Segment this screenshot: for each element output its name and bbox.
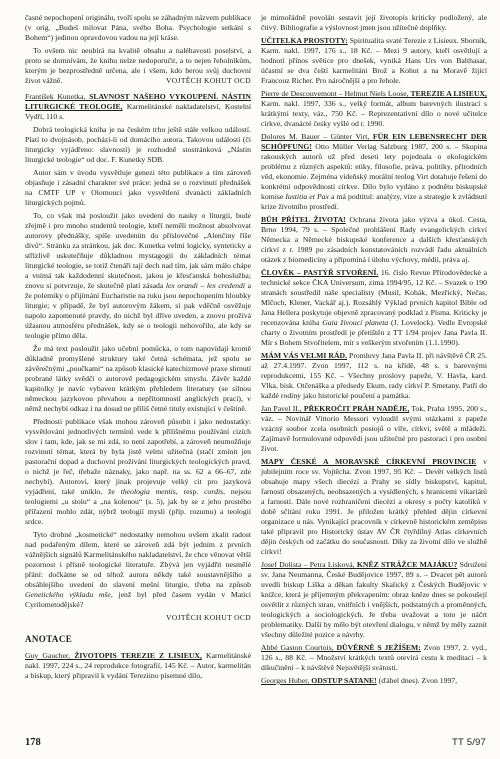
text-run: ŽIVOTOPIS TEREZIE Z LISIEUX, xyxy=(74,651,202,660)
paragraph: Dolores M. Bauer – Günter Virt, FÜR EIN … xyxy=(261,132,487,212)
text-run: UČITELKA PROSTOTY: xyxy=(261,36,348,45)
text-run: lex orandi – lex credendi xyxy=(166,281,245,290)
text-run: KNĚZ STRÁŽCE MAJÁKU? xyxy=(357,560,457,569)
paragraph: Že má text posloužit jako učební pomůcka… xyxy=(25,344,251,414)
text-run: VOJTĚCH KOHUT OCD xyxy=(166,76,251,85)
text-run: Jan Pavel II., xyxy=(261,404,304,413)
paragraph: Guy Gaucher, ŽIVOTOPIS TEREZIE Z LISIEUX… xyxy=(25,651,251,681)
text-run: cordis xyxy=(204,487,223,496)
paragraph: MAPY ČESKÉ A MORAVSKÉ CÍRKEVNÍ PROVINCIE… xyxy=(261,457,487,557)
paragraph: MÁM VÁS VELMI RÁD. Promluvy Jana Pavla I… xyxy=(261,351,487,401)
paragraph: Georges Huber, ODSTUP SATANE! (ďábel dne… xyxy=(261,676,487,686)
text-run: Karm. nakl. 1997, 336 s., velký formát, … xyxy=(261,99,487,128)
text-run: je mimořádně povolán sestavit její život… xyxy=(261,13,487,32)
right-column: je mimořádně povolán sestavit její život… xyxy=(261,13,487,689)
paragraph: Tyto drobné „kosmetické“ nedostatky nemo… xyxy=(25,530,251,610)
text-run: ČLOVĚK – PASTÝŘ STVOŘENÍ. xyxy=(261,268,378,277)
reviewer-signature: VOJTĚCH KOHUT OCD xyxy=(25,613,251,623)
text-run: , resp. xyxy=(176,487,204,496)
paragraph: Abbé Gaston Courtois, DŮVĚRNĚ S JEŽÍŠEM:… xyxy=(261,643,487,673)
text-run: Dobrá teologická kniha je na českém trhu… xyxy=(25,125,251,164)
text-run: Josef Dolista – Petra Lísková, xyxy=(261,560,357,569)
text-run: Tyto drobné „kosmetické“ nedostatky nemo… xyxy=(25,530,251,589)
left-column: časné nepochopení originálu, tvoří spolu… xyxy=(25,13,251,689)
text-run: Georges Huber, xyxy=(261,676,311,685)
text-run: časné nepochopení originálu, tvoří spolu… xyxy=(25,13,251,42)
text-run: PŘEKROČIT PRÁH NADĚJE, xyxy=(304,404,409,413)
paragraph: František Kunetka, SLAVNOST NAŠEHO VYKOU… xyxy=(25,92,251,122)
text-run: Genetického výkladu mše xyxy=(25,590,111,599)
paragraph: časné nepochopení originálu, tvoří spolu… xyxy=(25,13,251,43)
text-run: ANOTACE xyxy=(25,634,72,644)
text-run: BŮH PŘÍTEL ŽIVOTA! xyxy=(261,215,346,224)
text-run: VOJTĚCH KOHUT OCD xyxy=(166,613,251,622)
journal-page: časné nepochopení originálu, tvoří spolu… xyxy=(0,0,500,759)
text-run: Přednosti publikace však mohou zároveň p… xyxy=(25,417,251,496)
paragraph: UČITELKA PROSTOTY: Spiritualita svaté Te… xyxy=(261,36,487,86)
text-run: Sdružení sv. Jana Neumanna, České Budějo… xyxy=(261,560,487,639)
paragraph: BŮH PŘÍTEL ŽIVOTA! Ochrana života jako v… xyxy=(261,215,487,265)
paragraph: je mimořádně povolán sestavit její život… xyxy=(261,13,487,33)
text-run: Autor sám v úvodu vysvětluje genezi této… xyxy=(25,168,251,207)
text-run: Iustitia et Pax xyxy=(285,192,329,201)
issue-label: TT 5/97 xyxy=(452,738,486,748)
paragraph: Autor sám v úvodu vysvětluje genezi této… xyxy=(25,168,251,208)
text-run: František Kunetka, xyxy=(25,92,89,101)
text-run: Pierre de Descouvemont – Helmut Niels Lo… xyxy=(261,89,411,98)
paragraph: Jan Pavel II., PŘEKROČIT PRÁH NADĚJE, To… xyxy=(261,404,487,454)
text-run: Guy Gaucher, xyxy=(25,651,74,660)
text-run: DŮVĚRNĚ S JEŽÍŠEM: xyxy=(336,643,420,652)
text-run: Že má text posloužit jako učební pomůcka… xyxy=(25,344,251,413)
paragraph: To, co však má posloužit jako uvedení do… xyxy=(25,211,251,341)
text-columns: časné nepochopení originálu, tvoří spolu… xyxy=(25,13,487,689)
page-footer: 178 TT 5/97 xyxy=(25,738,486,748)
paragraph: Josef Dolista – Petra Lísková, KNĚZ STRÁ… xyxy=(261,560,487,640)
paragraph: Pierre de Descouvemont – Helmut Niels Lo… xyxy=(261,89,487,129)
text-run: Gaia živoucí planeta xyxy=(322,318,388,327)
text-run: ODSTUP SATANE! xyxy=(311,676,376,685)
text-run: v jubilejním roce sv. Vojtěcha. Zvon 199… xyxy=(261,457,487,556)
text-run: Abbé Gaston Courtois, xyxy=(261,643,336,652)
text-run: MAPY ČESKÉ A MORAVSKÉ CÍRKEVNÍ PROVINCIE xyxy=(261,457,476,466)
text-run: TEREZIE A LISIEUX, xyxy=(411,89,487,98)
text-run: MÁM VÁS VELMI RÁD. xyxy=(261,351,347,360)
page-number: 178 xyxy=(25,738,41,748)
text-run: Dolores M. Bauer – Günter Virt, xyxy=(261,132,373,141)
paragraph: ČLOVĚK – PASTÝŘ STVOŘENÍ. 16. číslo Revu… xyxy=(261,268,487,348)
text-run: To, co však má posloužit jako uvedení do… xyxy=(25,211,251,290)
section-heading: ANOTACE xyxy=(25,634,251,644)
paragraph: Dobrá teologická kniha je na českém trhu… xyxy=(25,125,251,165)
text-run: theologia mentis xyxy=(121,487,176,496)
text-run: (ďábel dnes). Zvon 1997, xyxy=(377,676,457,685)
paragraph: Přednosti publikace však mohou zároveň p… xyxy=(25,417,251,527)
